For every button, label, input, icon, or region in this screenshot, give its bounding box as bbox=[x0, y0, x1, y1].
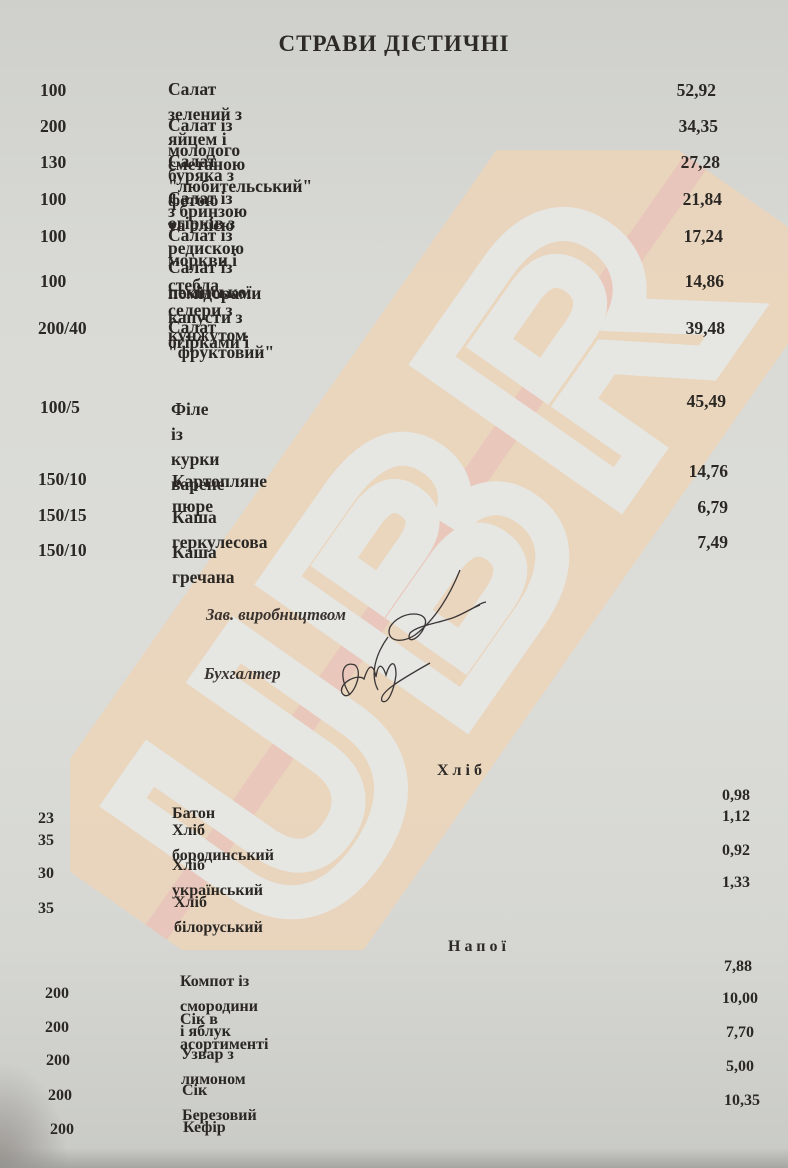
production-head-label: Зав. виробництвом bbox=[206, 605, 346, 625]
drink-name: Кефір bbox=[183, 1115, 226, 1140]
dish-qty: 130 bbox=[40, 152, 66, 173]
dish-name-line2: помідорами bbox=[168, 281, 261, 306]
accountant-label: Бухгалтер bbox=[204, 664, 281, 684]
drink-price: 7,88 bbox=[672, 958, 752, 976]
dish-price: 27,28 bbox=[640, 152, 720, 173]
dish-qty: 100 bbox=[40, 189, 66, 210]
bread-qty: 35 bbox=[38, 832, 54, 850]
drink-price: 5,00 bbox=[674, 1058, 754, 1076]
dish-price: 14,86 bbox=[644, 271, 724, 292]
bread-qty: 35 bbox=[38, 900, 54, 918]
dish-price: 6,79 bbox=[648, 497, 728, 518]
bread-qty: 23 bbox=[38, 810, 54, 828]
drink-qty: 200 bbox=[46, 1052, 70, 1070]
dish-qty: 100/5 bbox=[40, 397, 80, 418]
dish-qty: 150/15 bbox=[38, 505, 87, 526]
dish-price: 39,48 bbox=[645, 318, 725, 339]
dish-price: 45,49 bbox=[646, 391, 726, 412]
dish-qty: 100 bbox=[40, 226, 66, 247]
signature-scribbles bbox=[330, 565, 500, 725]
drink-qty: 200 bbox=[45, 1019, 69, 1037]
dish-name: Каша гречана bbox=[172, 540, 234, 590]
dish-qty: 200/40 bbox=[38, 318, 87, 339]
drink-qty: 200 bbox=[50, 1121, 74, 1139]
drink-qty: 200 bbox=[48, 1087, 72, 1105]
dish-qty: 200 bbox=[40, 116, 66, 137]
dish-qty: 150/10 bbox=[38, 469, 87, 490]
dish-price: 7,49 bbox=[648, 532, 728, 553]
dish-price: 14,76 bbox=[648, 461, 728, 482]
dish-price: 34,35 bbox=[638, 116, 718, 137]
drink-qty: 200 bbox=[45, 985, 69, 1003]
dish-price: 21,84 bbox=[642, 189, 722, 210]
dish-qty: 100 bbox=[40, 80, 66, 101]
bread-price: 0,92 bbox=[670, 842, 750, 860]
bread-price: 1,33 bbox=[670, 874, 750, 892]
dish-price: 17,24 bbox=[643, 226, 723, 247]
dish-qty: 150/10 bbox=[38, 540, 87, 561]
bread-heading: Хліб bbox=[437, 762, 486, 780]
drink-price: 10,35 bbox=[680, 1092, 760, 1110]
bread-qty: 30 bbox=[38, 865, 54, 883]
page-title: СТРАВИ ДІЄТИЧНІ bbox=[0, 31, 788, 57]
dish-price: 52,92 bbox=[636, 80, 716, 101]
drink-price: 7,70 bbox=[674, 1024, 754, 1042]
drinks-heading: Напої bbox=[448, 938, 510, 956]
menu-page: СТРАВИ ДІЄТИЧНІ 100 Салат зелений з яйце… bbox=[0, 0, 788, 1168]
dish-name: Салат "фруктовий" bbox=[168, 315, 274, 365]
dish-qty: 100 bbox=[40, 271, 66, 292]
bread-price: 0,98 bbox=[670, 787, 750, 805]
drink-price: 10,00 bbox=[678, 990, 758, 1008]
bread-price: 1,12 bbox=[670, 808, 750, 826]
bread-name: Хліб білоруський bbox=[174, 890, 263, 940]
